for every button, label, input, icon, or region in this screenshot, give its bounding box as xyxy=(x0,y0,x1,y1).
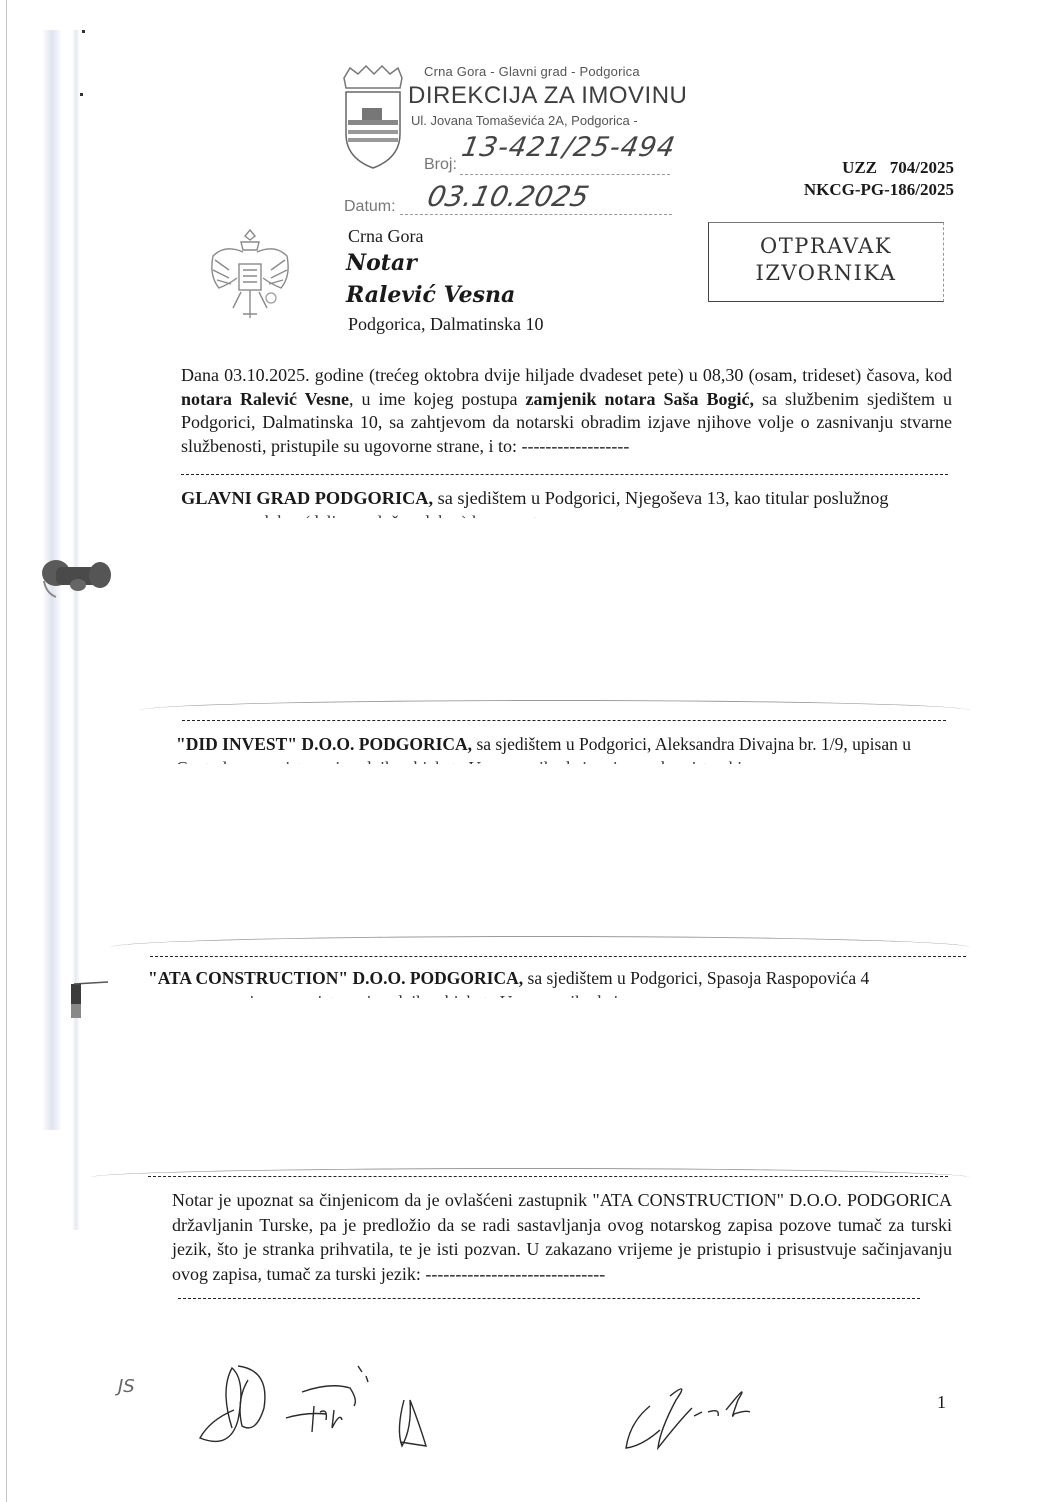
otpravak-line1: OTPRAVAK xyxy=(709,233,943,260)
intro-notary-name: notara Ralević Vesne xyxy=(181,389,349,409)
dash-separator xyxy=(181,474,948,475)
stamp-datum-label: Datum: xyxy=(344,198,396,216)
party-name: "ATA CONSTRUCTION" D.O.O. PODGORICA, xyxy=(148,968,523,988)
dash-separator xyxy=(150,956,966,957)
party-details: sa sjedištem u Podgorici, Spasoja Raspop… xyxy=(523,968,869,988)
datum-underline xyxy=(400,214,672,215)
dash-separator xyxy=(148,1176,948,1177)
party-glavni-grad: GLAVNI GRAD PODGORICA, sa sjedištem u Po… xyxy=(181,488,889,509)
binding-clip-icon xyxy=(68,978,118,1018)
intro-text: , u ime kojeg postupa xyxy=(349,389,526,409)
stamp-title: DIREKCIJA ZA IMOVINU xyxy=(408,82,687,110)
notary-title: Notar xyxy=(346,250,417,276)
redacted-line: Centralnom registru privrednih subjekata… xyxy=(176,758,796,764)
otpravak-line2: IZVORNIKA xyxy=(709,260,943,287)
notary-country: Crna Gora xyxy=(348,226,423,247)
scan-streak xyxy=(72,30,80,1230)
signatures-icon xyxy=(190,1350,750,1450)
paper-fold-line xyxy=(140,700,970,721)
party-name: GLAVNI GRAD PODGORICA, xyxy=(181,488,433,508)
otpravak-izvornika-stamp: OTPRAVAK IZVORNIKA xyxy=(708,222,944,302)
notary-address: Podgorica, Dalmatinska 10 xyxy=(348,314,543,335)
notary-name: Ralević Vesna xyxy=(346,282,515,308)
intro-paragraph: Dana 03.10.2025. godine (trećeg oktobra … xyxy=(181,364,952,458)
montenegro-coat-of-arms-icon xyxy=(205,226,295,324)
stamp-datum-value: 03.10.2025 xyxy=(424,180,591,213)
scan-speck xyxy=(80,93,83,96)
party-did-invest: "DID INVEST" D.O.O. PODGORICA, sa sjediš… xyxy=(176,734,911,755)
dash-separator xyxy=(178,1298,920,1299)
paper-fold-line xyxy=(90,1168,970,1187)
dash-filler: ------------------ xyxy=(521,436,629,456)
party-details: sa sjedištem u Podgorici, Aleksandra Div… xyxy=(472,734,911,754)
stamp-address: Ul. Jovana Tomaševića 2A, Podgorica - xyxy=(411,113,638,128)
interpreter-paragraph: Notar je upoznat sa činjenicom da je ovl… xyxy=(172,1188,952,1286)
scan-left-edge xyxy=(6,0,7,1502)
intro-deputy-name: zamjenik notara Saša Bogić, xyxy=(526,389,755,409)
binding-staple-icon xyxy=(38,555,116,605)
dash-filler: ------------------------------ xyxy=(425,1264,605,1284)
podgorica-coat-of-arms-icon xyxy=(338,64,408,172)
scan-speck xyxy=(82,30,85,33)
broj-underline xyxy=(460,174,670,175)
redacted-line: dobra (dalje: poslužno dobro) koga zastu… xyxy=(260,512,820,518)
dash-separator xyxy=(182,720,946,721)
stamp-broj-value: 13-421/25-494 xyxy=(459,132,678,163)
party-name: "DID INVEST" D.O.O. PODGORICA, xyxy=(176,734,472,754)
stamp-broj-label: Broj: xyxy=(424,156,457,174)
redacted-line: upisan u registar privrednih subjekata U… xyxy=(232,992,642,998)
stamp-region-line: Crna Gora - Glavni grad - Podgorica xyxy=(424,64,640,79)
page-number: 1 xyxy=(937,1392,946,1413)
signature-initials: JS xyxy=(118,1376,135,1397)
reference-nkcg: NKCG-PG-186/2025 xyxy=(804,180,954,200)
party-details: sa sjedištem u Podgorici, Njegoševa 13, … xyxy=(433,488,888,508)
reference-uzz: UZZ 704/2025 xyxy=(842,158,954,178)
party-ata-construction: "ATA CONSTRUCTION" D.O.O. PODGORICA, sa … xyxy=(148,968,869,989)
intro-text: Dana 03.10.2025. godine (trećeg oktobra … xyxy=(181,365,952,385)
